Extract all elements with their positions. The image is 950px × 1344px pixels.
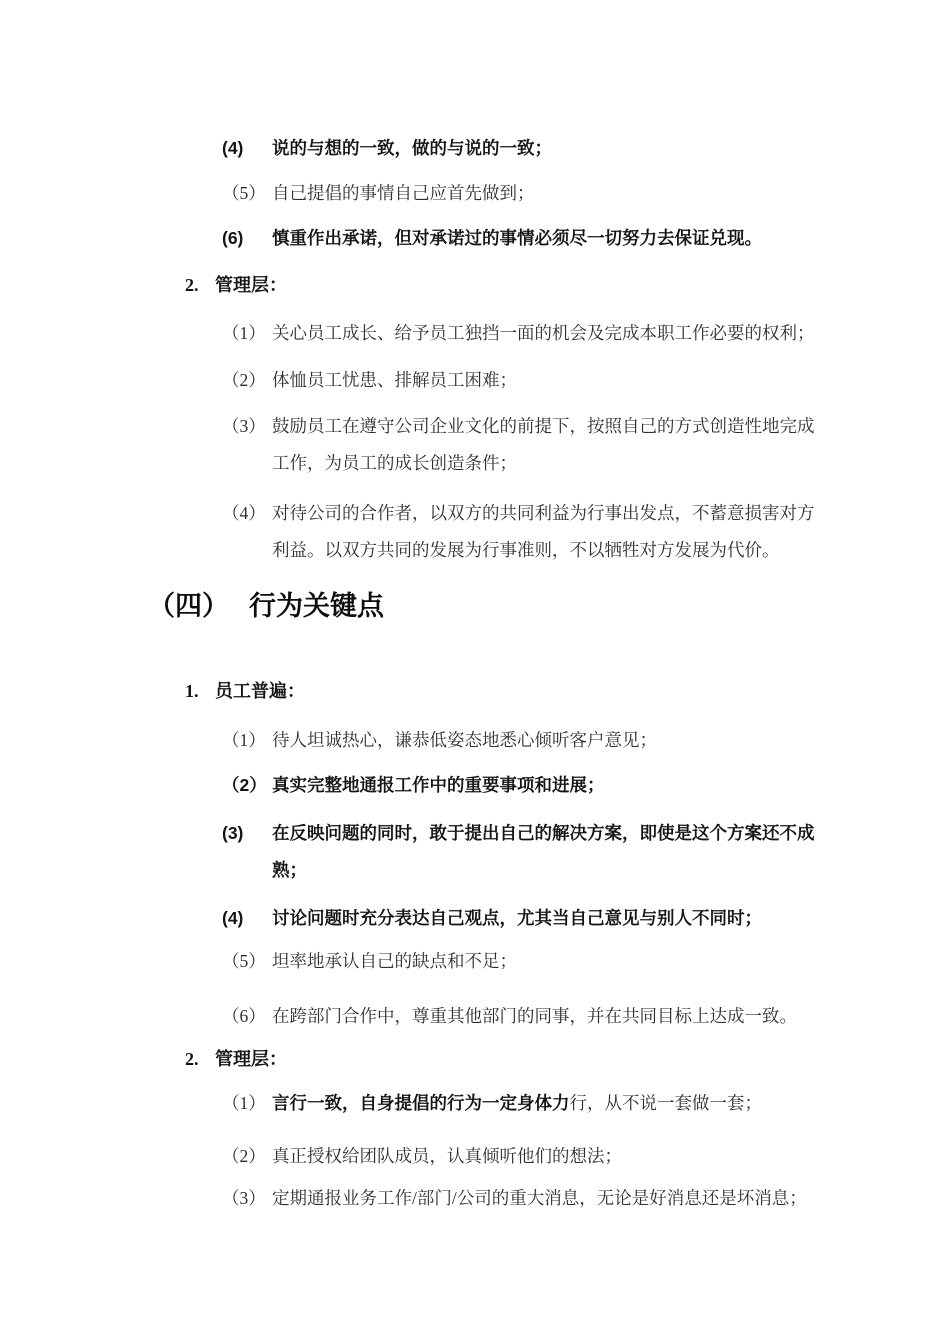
list-item: （1） 关心员工成长、给予员工独挡一面的机会及完成本职工作必要的权利； bbox=[222, 315, 950, 352]
item-number: (4) bbox=[222, 900, 272, 937]
item-text: 关心员工成长、给予员工独挡一面的机会及完成本职工作必要的权利； bbox=[272, 315, 818, 352]
item-number: (4) bbox=[222, 130, 272, 167]
document-page: (4) 说的与想的一致，做的与说的一致； （5） 自己提倡的事情自己应首先做到；… bbox=[0, 0, 950, 1344]
item-text-bold-run: 言行一致，自身提倡的行为一定身体力 bbox=[272, 1093, 570, 1113]
item-number: (6) bbox=[222, 220, 272, 257]
item-text: 自己提倡的事情自己应首先做到； bbox=[272, 175, 818, 212]
item-text: 讨论问题时充分表达自己观点，尤其当自己意见与别人不同时； bbox=[272, 900, 818, 937]
list-item: (4) 讨论问题时充分表达自己观点，尤其当自己意见与别人不同时； bbox=[222, 900, 950, 937]
item-number: （1） bbox=[222, 1085, 272, 1122]
item-number: （3） bbox=[222, 408, 272, 445]
list-item: （3） 定期通报业务工作/部门/公司的重大消息，无论是好消息还是坏消息； bbox=[222, 1180, 950, 1217]
item-text: 在反映问题的同时，敢于提出自己的解决方案，即使是这个方案还不成熟； bbox=[272, 815, 818, 889]
item-text: 体恤员工忧患、排解员工困难； bbox=[272, 362, 818, 399]
item-number: （5） bbox=[222, 175, 272, 212]
subsection-label: 员工普遍： bbox=[215, 673, 305, 710]
subsection-label: 管理层： bbox=[215, 1041, 287, 1078]
item-number: （2） bbox=[222, 767, 272, 804]
item-number: （1） bbox=[222, 315, 272, 352]
item-text: 言行一致，自身提倡的行为一定身体力行，从不说一套做一套； bbox=[272, 1085, 818, 1122]
item-number: (3) bbox=[222, 815, 272, 852]
item-number: （4） bbox=[222, 495, 272, 532]
item-text: 定期通报业务工作/部门/公司的重大消息，无论是好消息还是坏消息； bbox=[272, 1180, 818, 1217]
item-text-regular-run: 行，从不说一套做一套； bbox=[570, 1093, 763, 1113]
list-item: （1） 待人坦诚热心，谦恭低姿态地悉心倾听客户意见； bbox=[222, 722, 950, 759]
list-item: （5） 自己提倡的事情自己应首先做到； bbox=[222, 175, 950, 212]
item-text: 鼓励员工在遵守公司企业文化的前提下，按照自己的方式创造性地完成工作，为员工的成长… bbox=[272, 408, 818, 482]
list-item: （5） 坦率地承认自己的缺点和不足； bbox=[222, 943, 950, 980]
item-number: （6） bbox=[222, 998, 272, 1035]
list-item: （2） 体恤员工忧患、排解员工困难； bbox=[222, 362, 950, 399]
list-item: （6） 在跨部门合作中，尊重其他部门的同事，并在共同目标上达成一致。 bbox=[222, 998, 950, 1035]
item-number: （3） bbox=[222, 1180, 272, 1217]
subsection-number: 1. bbox=[185, 673, 215, 710]
subsection-label: 管理层： bbox=[215, 267, 287, 304]
item-text: 真实完整地通报工作中的重要事项和进展； bbox=[272, 767, 818, 804]
subsection-heading-staff: 1. 员工普遍： bbox=[185, 673, 950, 710]
list-item: （4） 对待公司的合作者，以双方的共同利益为行事出发点，不蓄意损害对方利益。以双… bbox=[222, 495, 950, 569]
item-text: 对待公司的合作者，以双方的共同利益为行事出发点，不蓄意损害对方利益。以双方共同的… bbox=[272, 495, 818, 569]
item-number: （1） bbox=[222, 722, 272, 759]
subsection-number: 2. bbox=[185, 1041, 215, 1078]
item-text: 慎重作出承诺，但对承诺过的事情必须尽一切努力去保证兑现。 bbox=[272, 220, 818, 257]
section-heading-number: （四） bbox=[148, 588, 229, 624]
subsection-number: 2. bbox=[185, 267, 215, 304]
section-heading-title: 行为关键点 bbox=[249, 588, 384, 624]
list-item: (3) 在反映问题的同时，敢于提出自己的解决方案，即使是这个方案还不成熟； bbox=[222, 815, 950, 889]
item-text: 真正授权给团队成员，认真倾听他们的想法； bbox=[272, 1138, 818, 1175]
item-text: 说的与想的一致，做的与说的一致； bbox=[272, 130, 818, 167]
list-item: （2） 真正授权给团队成员，认真倾听他们的想法； bbox=[222, 1138, 950, 1175]
item-number: （2） bbox=[222, 362, 272, 399]
list-item: (4) 说的与想的一致，做的与说的一致； bbox=[222, 130, 950, 167]
item-number: （2） bbox=[222, 1138, 272, 1175]
subsection-heading-management: 2. 管理层： bbox=[185, 1041, 950, 1078]
item-number: （5） bbox=[222, 943, 272, 980]
list-item: （1） 言行一致，自身提倡的行为一定身体力行，从不说一套做一套； bbox=[222, 1085, 950, 1122]
subsection-heading-management: 2. 管理层： bbox=[185, 267, 950, 304]
list-item: （2） 真实完整地通报工作中的重要事项和进展； bbox=[222, 767, 950, 804]
item-text: 待人坦诚热心，谦恭低姿态地悉心倾听客户意见； bbox=[272, 722, 818, 759]
list-item: （3） 鼓励员工在遵守公司企业文化的前提下，按照自己的方式创造性地完成工作，为员… bbox=[222, 408, 950, 482]
item-text: 坦率地承认自己的缺点和不足； bbox=[272, 943, 818, 980]
item-text: 在跨部门合作中，尊重其他部门的同事，并在共同目标上达成一致。 bbox=[272, 998, 818, 1035]
list-item: (6) 慎重作出承诺，但对承诺过的事情必须尽一切努力去保证兑现。 bbox=[222, 220, 950, 257]
section-heading: （四） 行为关键点 bbox=[148, 588, 950, 624]
